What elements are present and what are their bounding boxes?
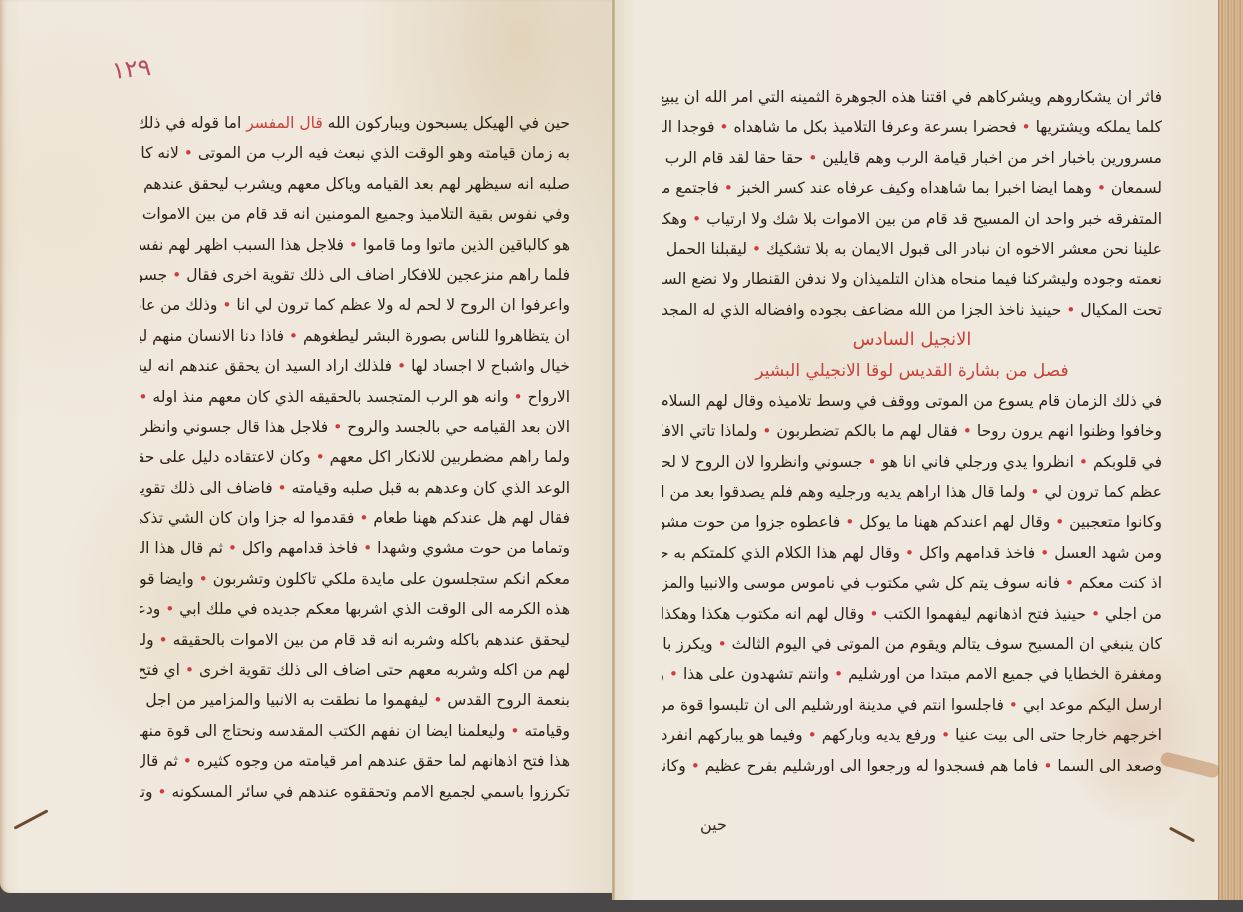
manuscript-line: معكم انكم ستجلسون على مايدة ملكي تاكلون … [140,564,570,594]
manuscript-line: مسرورين باخبار اخر من اخبار قيامة الرب و… [662,143,1162,173]
manuscript-line: الان بعد القيامه حي بالجسد والروح • فلاج… [140,412,570,442]
manuscript-line: صلبه انه سيظهر لهم بعد القيامه وياكل معه… [140,169,570,199]
verse-separator-dot: • [513,388,522,406]
verse-separator-dot: • [834,665,843,683]
manuscript-line: المتفرقه خبر واحد ان المسيح قد قام من بي… [662,204,1162,234]
manuscript-line: ومغفرة الخطايا في جميع الامم مبتدا من او… [662,659,1162,689]
manuscript-line: لهم من اكله وشربه معهم حتى اضاف الى ذلك … [140,655,570,685]
verse-separator-dot: • [808,726,817,744]
manuscript-line: به زمان قيامته وهو الوقت الذي نبعث فيه ا… [140,138,570,168]
verse-separator-dot: • [185,661,194,679]
verse-separator-dot: • [669,665,678,683]
manuscript-line: وخافوا وظنوا انهم يرون روحا • فقال لهم م… [662,416,1162,446]
verse-separator-dot: • [184,144,193,162]
catchword: حين [700,815,727,834]
manuscript-line: وتماما من حوت مشوي وشهدا • فاخذ قدامهم و… [140,533,570,563]
verse-separator-dot: • [278,479,287,497]
chapter-heading: الانجيل السادس [662,325,1162,355]
verse-separator-dot: • [363,539,372,557]
verse-separator-dot: • [941,726,950,744]
manuscript-line: هو كالباقين الذين ماتوا وما قاموا • فلاج… [140,230,570,260]
verse-separator-dot: • [359,509,368,527]
manuscript-line: فقال لهم هل عندكم ههنا طعام • فقدموا له … [140,503,570,533]
verse-separator-dot: • [752,240,761,258]
verse-separator-dot: • [1091,605,1100,623]
manuscript-line: من اجلي • حينيذ فتح اذهانهم ليفهموا الكت… [662,599,1162,629]
verse-separator-dot: • [159,631,168,649]
manuscript-line: واعرفوا ان الروح لا لحم له ولا عظم كما ت… [140,290,570,320]
manuscript-line: فلما راهم منزعجين للافكار اضاف الى ذلك ت… [140,260,570,290]
verse-separator-dot: • [724,179,733,197]
verse-separator-dot: • [165,600,174,618]
right-page-text: فاثر ان يشكاروهم ويشركاهم في اقتنا هذه ا… [662,82,1162,781]
left-page-text: حين في الهيكل يسبحون ويباركون الله قال ا… [140,108,570,807]
section-subheading: فصل من بشارة القديس لوقا الانجيلي البشير [662,356,1162,386]
verse-separator-dot: • [289,327,298,345]
verse-separator-dot: • [199,570,208,588]
rubric-phrase: قال المفسر [246,114,323,132]
manuscript-line: كلما يملكه ويشتريها • فحضرا بسرعة وعرفا … [662,112,1162,142]
verse-separator-dot: • [869,605,878,623]
verse-separator-dot: • [845,513,854,531]
manuscript-spread: ١٢٩ حين في الهيكل يسبحون ويباركون الله ق… [0,0,1243,912]
manuscript-line: الوعد الذي كان وعدهم به قبل صلبه وقيامته… [140,473,570,503]
manuscript-line: ومن شهد العسل • فاخذ قدامهم واكل • وقال … [662,538,1162,568]
manuscript-line: ارسل اليكم موعد ابي • فاجلسوا انتم في مد… [662,690,1162,720]
verse-separator-dot: • [691,757,700,775]
manuscript-line: وكانوا متعجبين • وقال لهم اعندكم ههنا ما… [662,507,1162,537]
manuscript-line: هذه الكرمه الى الوقت الذي اشربها معكم جد… [140,594,570,624]
verse-separator-dot: • [172,266,181,284]
verse-separator-dot: • [333,418,342,436]
verse-separator-dot: • [349,236,358,254]
verse-separator-dot: • [183,752,192,770]
verse-separator-dot: • [1030,483,1039,501]
verse-separator-dot: • [1079,453,1088,471]
verse-separator-dot: • [905,544,914,562]
verse-separator-dot: • [397,357,406,375]
manuscript-line: في قلوبكم • انظروا يدي ورجلي فاني انا هو… [662,447,1162,477]
manuscript-line: هذا فتح اذهانهم لما حقق عندهم امر قيامته… [140,746,570,776]
verse-separator-dot: • [316,448,325,466]
manuscript-line: ولما راهم مضطربين للانكار اكل معهم • وكا… [140,442,570,472]
manuscript-line: تحت المكيال • حينيذ ناخذ الجزا من الله م… [662,295,1162,325]
manuscript-line: كان ينبغي ان المسيح سوف يتالم ويقوم من ا… [662,629,1162,659]
verse-separator-dot: • [228,539,237,557]
verse-separator-dot: • [718,635,727,653]
verse-separator-dot: • [719,118,728,136]
verse-separator-dot: • [1097,179,1106,197]
manuscript-line: اذ كنت معكم • فانه سوف يتم كل شي مكتوب ف… [662,568,1162,598]
page-fore-edge [1218,0,1243,900]
manuscript-line: تكرزوا باسمي لجميع الامم وتحققوه عندهم ف… [140,777,570,807]
manuscript-line: في ذلك الزمان قام يسوع من الموتى ووقف في… [662,386,1162,416]
manuscript-line: فاثر ان يشكاروهم ويشركاهم في اقتنا هذه ا… [662,82,1162,112]
book-gutter [612,0,615,900]
verse-separator-dot: • [1055,513,1064,531]
manuscript-line: اخرجهم خارجا حتى الى بيت عنيا • ورفع يدي… [662,720,1162,750]
verse-separator-dot: • [1065,574,1074,592]
manuscript-line: عظم كما ترون لي • ولما قال هذا اراهم يدي… [662,477,1162,507]
manuscript-line: بنعمة الروح القدس • ليفهموا ما نطقت به ا… [140,685,570,715]
verse-separator-dot: • [963,422,972,440]
manuscript-line: ان يتظاهروا للناس بصورة البشر ليطغوهم • … [140,321,570,351]
manuscript-line: وقيامته • وليعلمنا ايضا ان نفهم الكتب ال… [140,716,570,746]
verse-separator-dot: • [1040,544,1049,562]
verse-separator-dot: • [692,210,701,228]
manuscript-line: ليحقق عندهم باكله وشربه انه قد قام من بي… [140,625,570,655]
verse-separator-dot: • [1009,696,1018,714]
verse-separator-dot: • [1022,118,1031,136]
folio-number: ١٢٩ [111,53,152,85]
manuscript-line: وصعد الى السما • فاما هم فسجدوا له ورجعو… [662,751,1162,781]
manuscript-line: نعمته وجوده وليشركنا فيما منحاه هذان الت… [662,264,1162,294]
manuscript-line: وفي نفوس بقية التلاميذ وجميع المومنين ان… [140,199,570,229]
verse-separator-dot: • [868,453,877,471]
manuscript-line: لسمعان • وهما ايضا اخبرا بما شاهداه وكيف… [662,173,1162,203]
manuscript-line: خيال واشباح لا اجساد لها • فلذلك اراد ال… [140,351,570,381]
verse-separator-dot: • [157,783,166,801]
manuscript-line: علينا نحن معشر الاخوه ان نبادر الى قبول … [662,234,1162,264]
manuscript-line: الارواح • وانه هو الرب المتجسد بالحقيقه … [140,382,570,412]
manuscript-line: حين في الهيكل يسبحون ويباركون الله قال ا… [140,108,570,138]
